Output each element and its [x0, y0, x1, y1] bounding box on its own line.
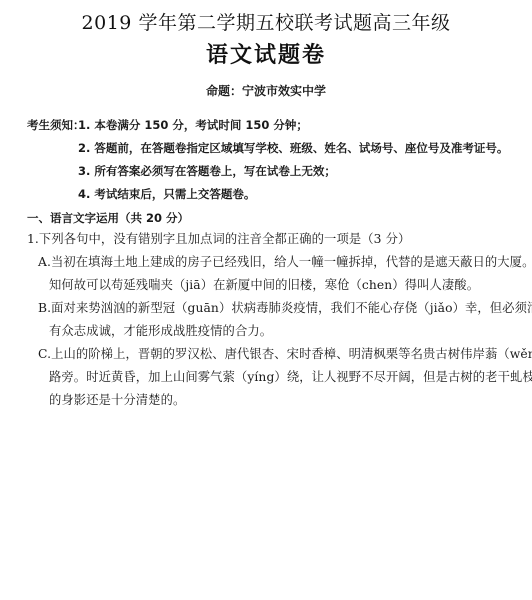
- author-line: 命题：宁波市效实中学: [0, 82, 532, 99]
- exam-title: 2019 学年第二学期五校联考试题高三年级: [0, 8, 532, 35]
- option-b-line2: 有众志成诚，才能形成战胜疫情的合力。: [49, 321, 272, 339]
- option-a-line2: 知何故可以苟延残喘夹（jiā）在新厦中间的旧楼，寒伧（chen）得叫人凄酸。: [49, 275, 479, 293]
- option-c-line2: 路旁。时近黄昏，加上山间雾气萦（yíng）绕，让人视野不尽开阔，但是古树的老干虬…: [49, 367, 532, 385]
- section-heading: 一、语言文字运用（共 20 分）: [27, 210, 189, 226]
- option-c-line1: C.上山的阶梯上，晋朝的罗汉松、唐代银杏、宋时香樟、明清枫栗等名贵古树伟岸蓊（w…: [38, 344, 532, 362]
- option-a-line1: A.当初在填海土地上建成的房子已经残旧，给人一幢一幢拆掉，代替的是遮天蔽日的大厦…: [38, 252, 532, 270]
- exam-page: 2019 学年第二学期五校联考试题高三年级 语文试题卷 命题：宁波市效实中学 考…: [0, 0, 532, 600]
- option-b-line1: B.面对来势汹汹的新型冠（guān）状病毒肺炎疫情，我们不能心存侥（jiǎo）幸…: [38, 298, 532, 316]
- notice-item: 1. 本卷满分 150 分，考试时间 150 分钟；: [78, 117, 308, 133]
- question-stem: 1.下列各句中，没有错别字且加点词的注音全都正确的一项是（3 分）: [27, 229, 410, 247]
- notice-label: 考生须知：: [27, 117, 85, 133]
- option-c-line3: 的身影还是十分清楚的。: [49, 390, 185, 408]
- notice-item: 2. 答题前，在答题卷指定区域填写学校、班级、姓名、试场号、座位号及准考证号。: [78, 140, 508, 156]
- paper-subtitle: 语文试题卷: [0, 38, 532, 69]
- notice-item: 4. 考试结束后，只需上交答题卷。: [78, 186, 255, 202]
- notice-item: 3. 所有答案必须写在答题卷上，写在试卷上无效；: [78, 163, 336, 179]
